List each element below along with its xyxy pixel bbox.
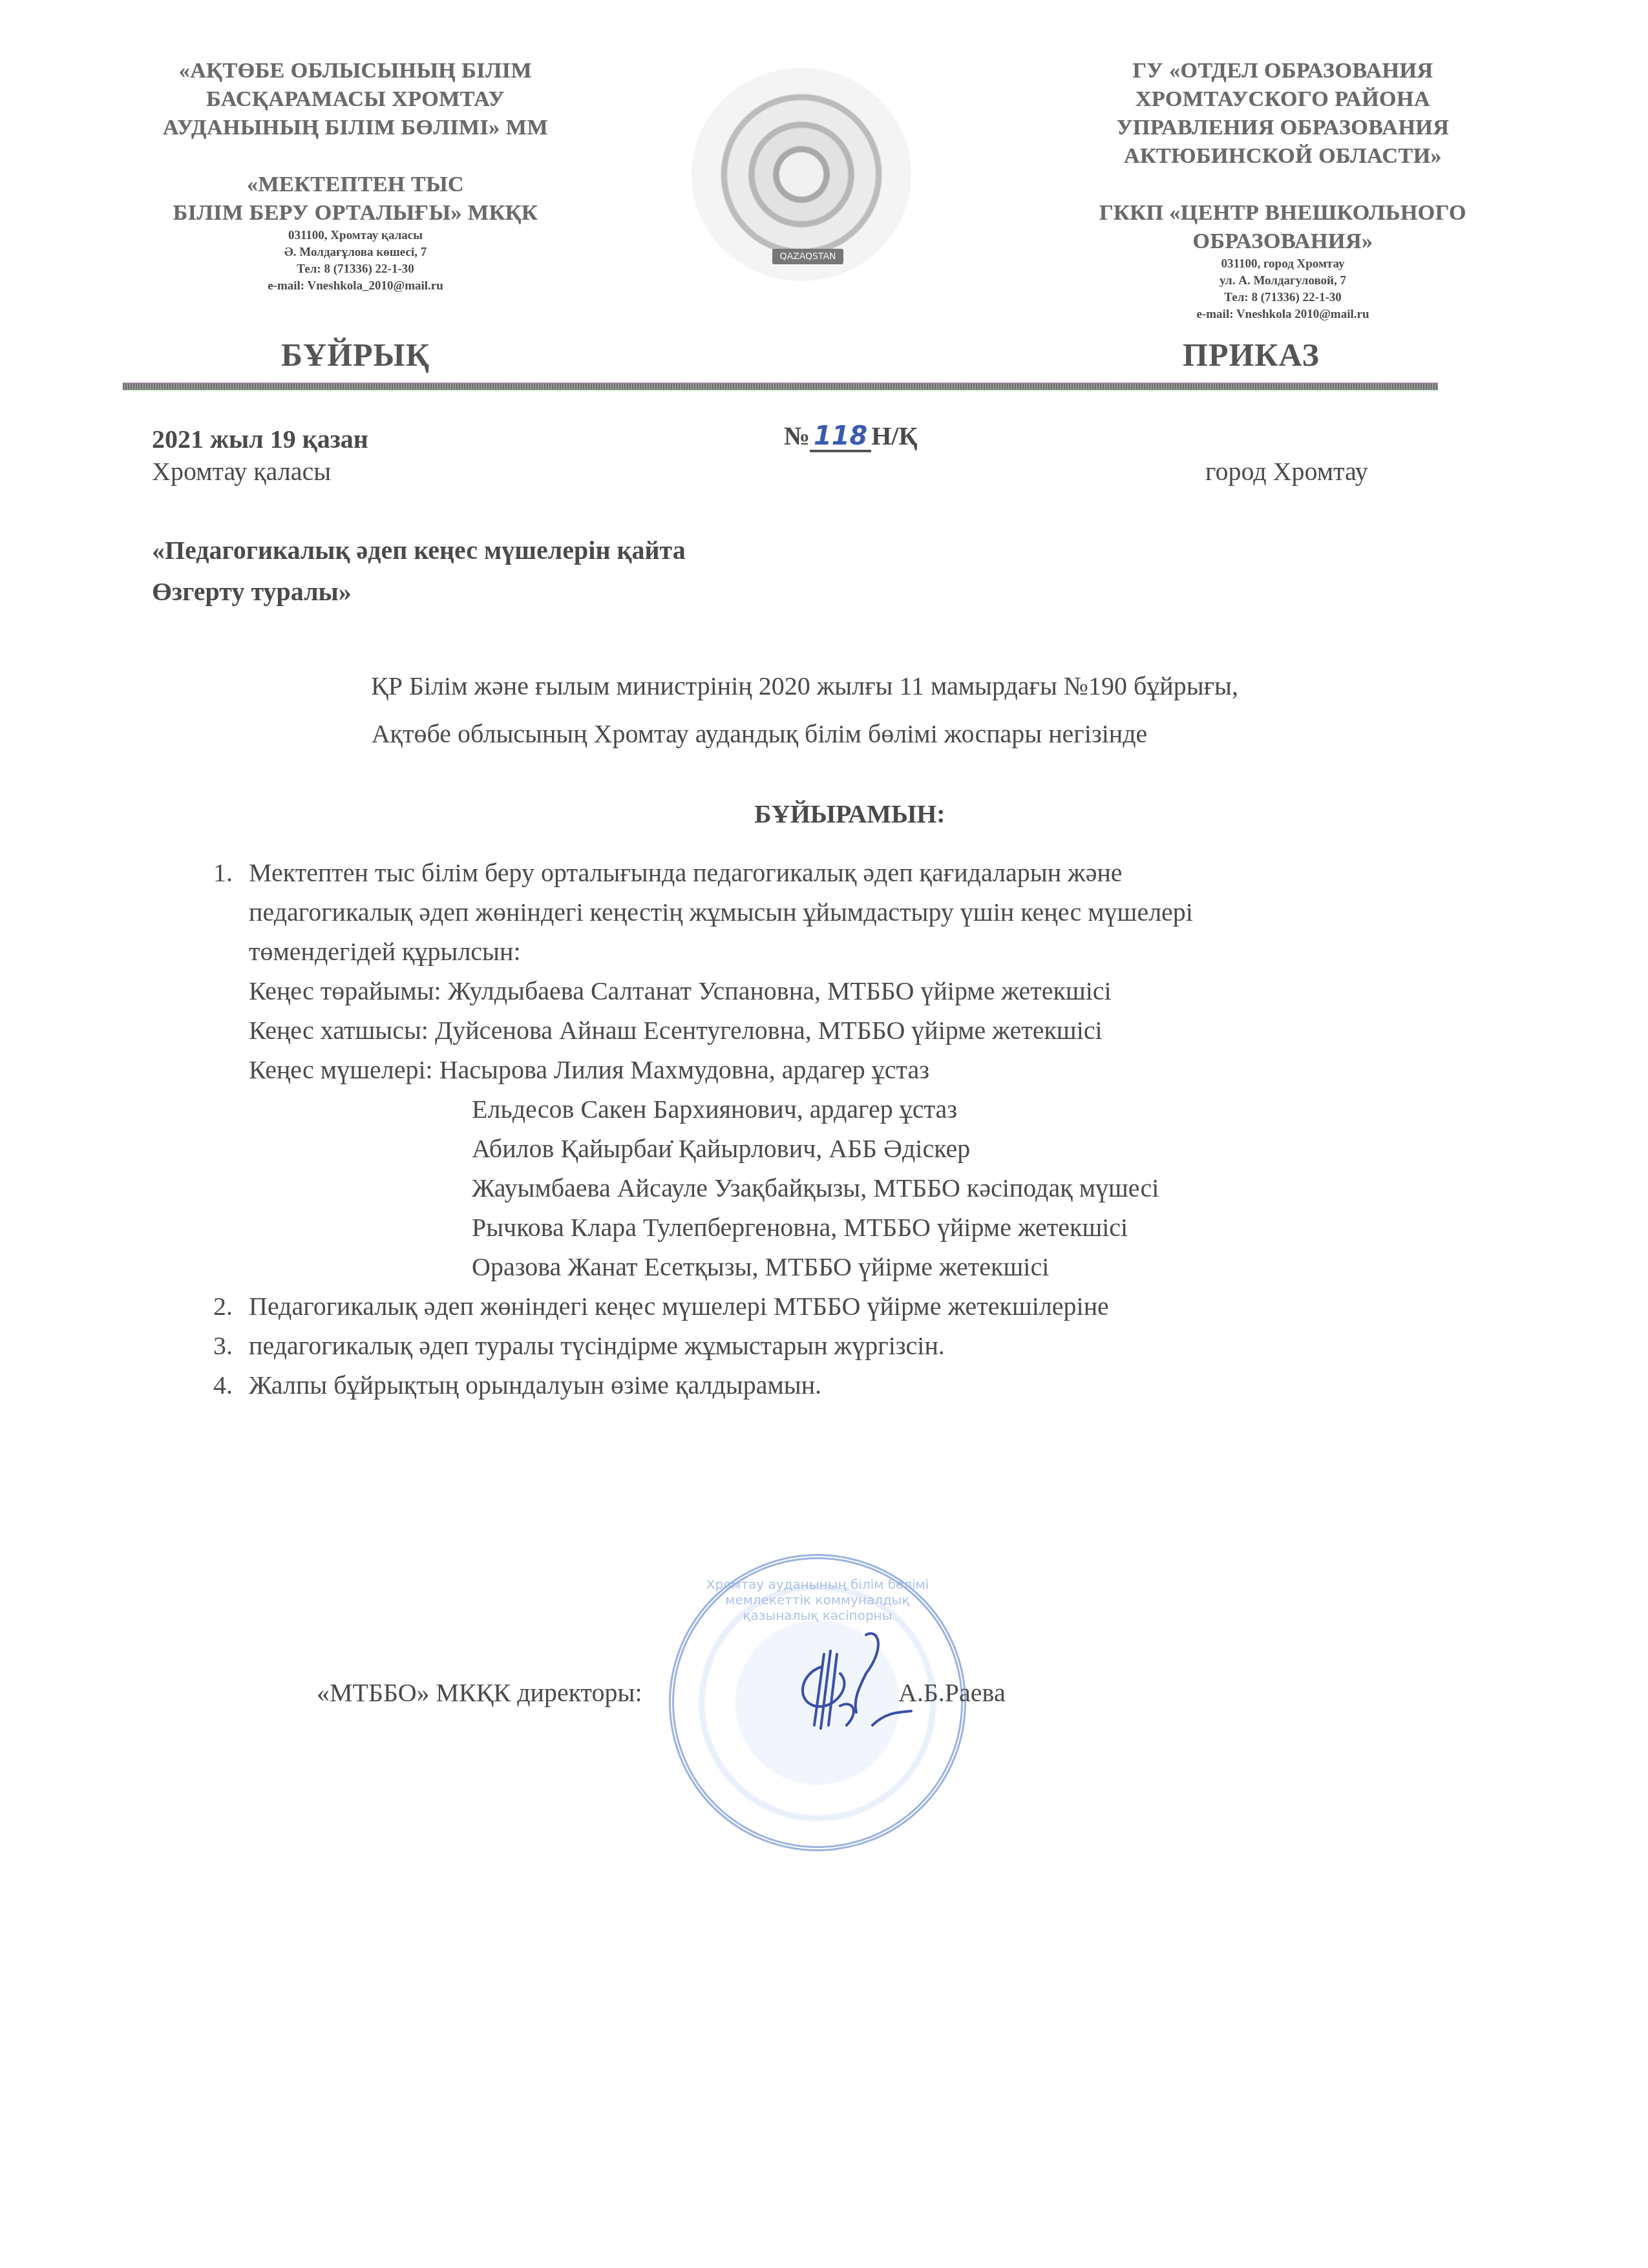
list-item: 1. Мектептен тыс білім беру орталығында …: [213, 853, 1506, 892]
list-item: 4. Жалпы бұйрықтың орындалуын өзіме қалд…: [213, 1365, 1506, 1405]
council-member: Абилов Қайырбаи̇ Қайырлович, АББ Әдіскер: [213, 1129, 1506, 1168]
item-number: 4.: [213, 1365, 233, 1405]
org-line: АКТЮБИНСКОЙ ОБЛАСТИ»: [1047, 142, 1519, 171]
council-secretary: Кеңес хатшысы: Дуйсенова Айнаш Есентугел…: [213, 1011, 1506, 1050]
preamble-line: ҚР Білім және ғылым министрінің 2020 жыл…: [0, 662, 1648, 710]
title-line: Өзгерту туралы»: [152, 571, 686, 613]
header-right-org: ГУ «ОТДЕЛ ОБРАЗОВАНИЯ ХРОМТАУСКОГО РАЙОН…: [1047, 57, 1519, 323]
org-line: ГККП «ЦЕНТР ВНЕШКОЛЬНОГО: [1047, 199, 1519, 227]
title-line: «Педагогикалық әдеп кеңес мүшелерін қайт…: [152, 530, 686, 571]
email-line: e-mail: Vneshkola 2010@mail.ru: [1047, 306, 1519, 323]
address-line: 031100, Хромтау қаласы: [129, 227, 582, 244]
org-line: БІЛІМ БЕРУ ОРТАЛЫҒЫ» МКҚК: [129, 199, 582, 227]
stamp-text: Хромтау ауданының білім бөлімі мемлекетт…: [704, 1577, 931, 1623]
org-line: ХРОМТАУСКОГО РАЙОНА: [1047, 85, 1519, 114]
item-number: 1.: [213, 853, 233, 892]
signatory-name: А.Б.Раева: [898, 1677, 1006, 1709]
order-items: 1. Мектептен тыс білім беру орталығында …: [213, 853, 1506, 1405]
doc-type-kz: БҰЙРЫҚ: [281, 336, 430, 373]
email-line: e-mail: Vneshkola_2010@mail.ru: [129, 278, 582, 295]
item-number: 2.: [213, 1286, 233, 1326]
list-item: 3. педагогикалық әдеп туралы түсіндірме …: [213, 1326, 1506, 1365]
city-ru: город Хромтау: [1205, 456, 1368, 488]
item-number: 3.: [213, 1326, 233, 1365]
signatory-position: «МТББО» МКҚК директоры:: [317, 1677, 642, 1709]
address-line: Ә. Молдағұлова көшесі, 7: [129, 244, 582, 261]
emblem-ribbon-label: QAZAQSTAN: [772, 249, 843, 264]
address-line: Тел: 8 (71336) 22-1-30: [1047, 289, 1519, 306]
council-member: Жауымбаева Айсауле Узақбайқызы, МТББО кә…: [213, 1168, 1506, 1208]
council-member: Рычкова Клара Тулепбергеновна, МТББО үйі…: [213, 1208, 1506, 1247]
preamble-line: Ақтөбе облысының Хромтау аудандық білім …: [0, 710, 1648, 758]
address-line: ул. А. Молдагуловой, 7: [1047, 273, 1519, 289]
number-prefix: №: [784, 421, 810, 450]
council-chair: Кеңес төрайымы: Жулдыбаева Салтанат Успа…: [213, 971, 1506, 1011]
order-date: 2021 жыл 19 қазан: [152, 423, 368, 456]
header-divider: [123, 383, 1438, 390]
order-heading: БҰЙЫРАМЫН:: [0, 798, 1648, 830]
list-item: 2. Педагогикалық әдеп жөніндегі кеңес мү…: [213, 1286, 1506, 1326]
org-line: БАСҚАРАМАСЫ ХРОМТАУ: [129, 85, 582, 114]
order-number: №118Н/Қ: [784, 420, 917, 452]
list-item-cont: педагогикалық әдеп жөніндегі кеңестің жұ…: [213, 892, 1506, 932]
council-members-head: Кеңес мүшелері: Насырова Лилия Махмудовн…: [213, 1050, 1506, 1089]
council-member: Оразова Жанат Есетқызы, МТББО үйірме жет…: [213, 1247, 1506, 1286]
org-line: ГУ «ОТДЕЛ ОБРАЗОВАНИЯ: [1047, 57, 1519, 85]
doc-type-ru: ПРИКАЗ: [1183, 336, 1320, 373]
order-title: «Педагогикалық әдеп кеңес мүшелерін қайт…: [152, 530, 686, 613]
handwritten-number: 118: [810, 423, 871, 452]
address-line: 031100, город Хромтау: [1047, 256, 1519, 273]
org-line: АУДАНЫНЫҢ БІЛІМ БӨЛІМІ» ММ: [129, 114, 582, 142]
council-member: Ельдесов Сакен Бархиянович, ардагер ұста…: [213, 1089, 1506, 1129]
org-line: «МЕКТЕПТЕН ТЫС: [129, 171, 582, 199]
address-line: Тел: 8 (71336) 22-1-30: [129, 261, 582, 278]
preamble: ҚР Білім және ғылым министрінің 2020 жыл…: [0, 662, 1648, 758]
signature-icon: [776, 1628, 918, 1745]
org-line: «АҚТӨБЕ ОБЛЫСЫНЫҢ БІЛІМ: [129, 57, 582, 85]
list-item-cont: төмендегідей құрылсын:: [213, 932, 1506, 971]
org-line: ОБРАЗОВАНИЯ»: [1047, 227, 1519, 256]
number-suffix: Н/Қ: [871, 421, 917, 450]
city-kz: Хромтау қаласы: [152, 456, 331, 488]
org-line: УПРАВЛЕНИЯ ОБРАЗОВАНИЯ: [1047, 114, 1519, 142]
header-left-org: «АҚТӨБЕ ОБЛЫСЫНЫҢ БІЛІМ БАСҚАРАМАСЫ ХРОМ…: [129, 57, 582, 295]
